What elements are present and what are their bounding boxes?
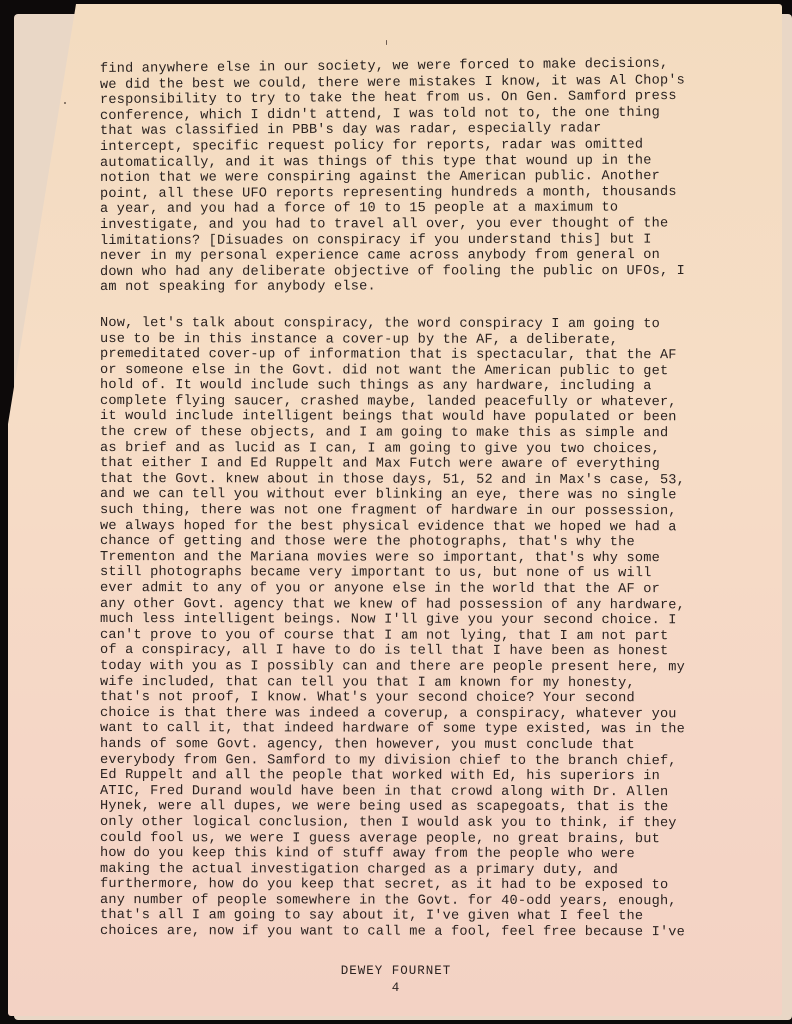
text-line: of a conspiracy, all I have to do is tel… bbox=[100, 643, 760, 660]
text-line: never in my personal experience came acr… bbox=[100, 248, 760, 265]
scanned-page-photo: find anywhere else in our society, we we… bbox=[0, 0, 792, 1024]
text-line: as brief and as lucid as I can, I am goi… bbox=[100, 441, 760, 458]
page-footer: DEWEY FOURNET 4 bbox=[0, 963, 792, 997]
text-line: much less intelligent beings. Now I'll g… bbox=[100, 612, 760, 629]
text-line: Hynek, were all dupes, we were being use… bbox=[100, 799, 760, 816]
text-line: can't prove to you of course that I am n… bbox=[100, 628, 760, 645]
speaker-name: DEWEY FOURNET bbox=[0, 963, 792, 980]
text-line: or someone else in the Govt. did not wan… bbox=[100, 363, 760, 380]
text-line: everybody from Gen. Samford to my divisi… bbox=[100, 753, 760, 770]
text-line: down who had any deliberate objective of… bbox=[100, 264, 760, 281]
text-line: how do you keep this kind of stuff away … bbox=[100, 846, 760, 863]
text-line: that's all I am going to say about it, I… bbox=[100, 908, 760, 925]
text-line: investigate, and you had to travel all o… bbox=[100, 216, 760, 233]
text-line: choices are, now if you want to call me … bbox=[100, 924, 760, 941]
text-line: only other logical conclusion, then I wo… bbox=[100, 815, 760, 832]
text-line: making the actual investigation charged … bbox=[100, 862, 760, 879]
text-line: the crew of these objects, and I am goin… bbox=[100, 425, 760, 442]
text-line: ever admit to any of you or anyone else … bbox=[100, 581, 760, 598]
text-line: such thing, there was not one fragment o… bbox=[100, 503, 760, 520]
text-line: want to call it, that indeed hardware of… bbox=[100, 721, 760, 738]
text-line: it would include intelligent beings that… bbox=[100, 409, 760, 426]
text-line: and we can tell you without ever blinkin… bbox=[100, 487, 760, 504]
text-line: am not speaking for anybody else. bbox=[100, 279, 760, 296]
text-line: wife included, that can tell you that I … bbox=[100, 675, 760, 692]
text-line: we always hoped for the best physical ev… bbox=[100, 519, 760, 536]
paper-speck bbox=[64, 102, 66, 104]
paragraph-2: Now, let's talk about conspiracy, the wo… bbox=[100, 316, 760, 940]
paragraph-gap bbox=[100, 296, 760, 316]
document-body: find anywhere else in our society, we we… bbox=[100, 62, 760, 940]
text-line: that either I and Ed Ruppelt and Max Fut… bbox=[100, 456, 760, 473]
text-line: a year, and you had a force of 10 to 15 … bbox=[100, 201, 760, 218]
text-line: that's not proof, I know. What's your se… bbox=[100, 690, 760, 707]
page-number: 4 bbox=[0, 980, 792, 997]
text-line: use to be in this instance a cover-up by… bbox=[100, 332, 760, 349]
text-line: ATIC, Fred Durand would have been in tha… bbox=[100, 784, 760, 801]
text-line: premeditated cover-up of information tha… bbox=[100, 347, 760, 364]
text-line: any other Govt. agency that we knew of h… bbox=[100, 597, 760, 614]
text-line: still photographs became very important … bbox=[100, 565, 760, 582]
text-line: Now, let's talk about conspiracy, the wo… bbox=[100, 316, 760, 333]
paragraph-1: find anywhere else in our society, we we… bbox=[100, 62, 760, 296]
text-line: furthermore, how do you keep that secret… bbox=[100, 877, 760, 894]
text-line: hands of some Govt. agency, then however… bbox=[100, 737, 760, 754]
text-line: today with you as I possibly can and the… bbox=[100, 659, 760, 676]
text-line: could fool us, we were I guess average p… bbox=[100, 831, 760, 848]
text-line: chance of getting and those were the pho… bbox=[100, 534, 760, 551]
text-line: Ed Ruppelt and all the people that worke… bbox=[100, 768, 760, 785]
text-line: limitations? [Disuades on conspiracy if … bbox=[100, 232, 760, 249]
paper-mark bbox=[386, 40, 387, 45]
text-line: hold of. It would include such things as… bbox=[100, 378, 760, 395]
text-line: choice is that there was indeed a coveru… bbox=[100, 706, 760, 723]
